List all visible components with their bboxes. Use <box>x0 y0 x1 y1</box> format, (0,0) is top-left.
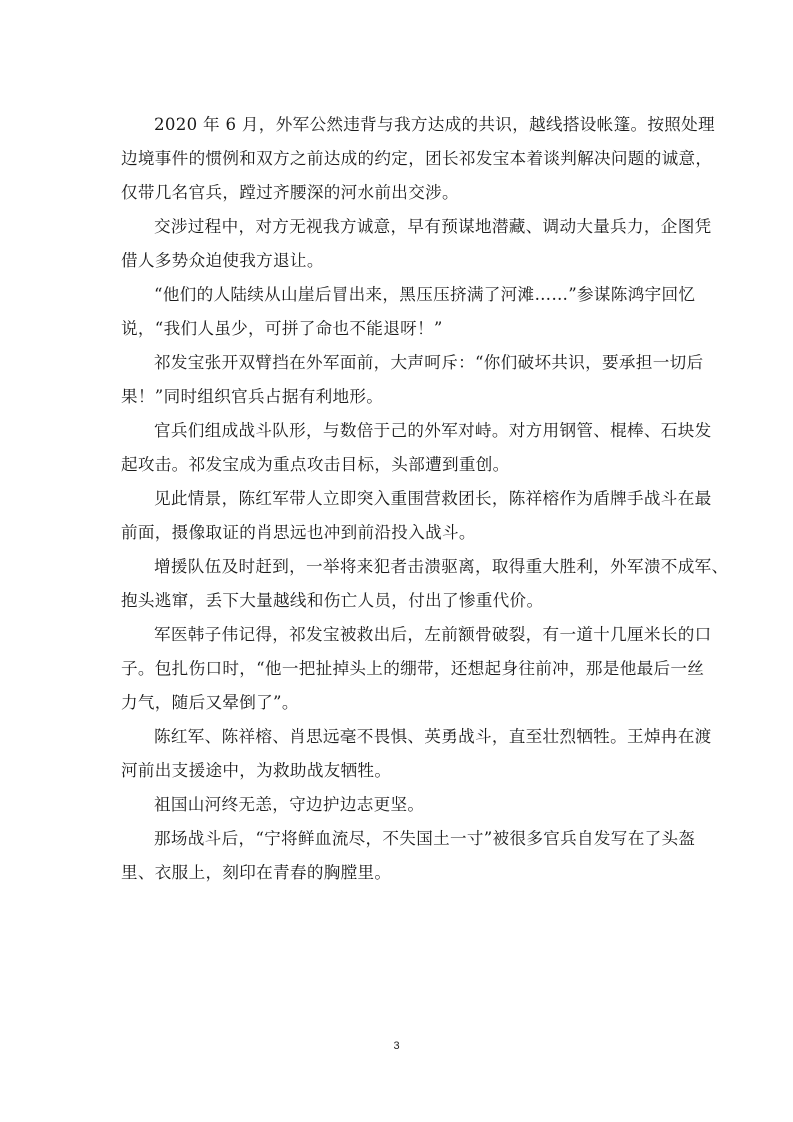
text-line: 增援队伍及时赶到，一举将来犯者击溃驱离，取得重大胜利，外军溃不成军、 <box>121 550 687 584</box>
paragraph-10: 祖国山河终无恙，守边护边志更坚。 <box>121 788 687 822</box>
text-line: 果！”同时组织官兵占据有利地形。 <box>121 380 687 414</box>
text-line: “他们的人陆续从山崖后冒出来，黑压压挤满了河滩……”参谋陈鸿宇回忆 <box>121 278 687 312</box>
text-line: 军医韩子伟记得，祁发宝被救出后，左前额骨破裂，有一道十几厘米长的口 <box>121 618 687 652</box>
text-line: 河前出支援途中，为救助战友牺牲。 <box>121 754 687 788</box>
text-line: 里、衣服上，刻印在青春的胸膛里。 <box>121 856 687 890</box>
document-page: 2020 年 6 月，外军公然违背与我方达成的共识，越线搭设帐篷。按照处理 边境… <box>0 0 793 1122</box>
text-line: 祁发宝张开双臂挡在外军面前，大声呵斥：“你们破坏共识，要承担一切后 <box>121 346 687 380</box>
paragraph-2: 交涉过程中，对方无视我方诚意，早有预谋地潜藏、调动大量兵力，企图凭 借人多势众迫… <box>121 210 687 278</box>
text-line: 子。包扎伤口时，“他一把扯掉头上的绷带，还想起身往前冲，那是他最后一丝 <box>121 652 687 686</box>
paragraph-5: 官兵们组成战斗队形，与数倍于己的外军对峙。对方用钢管、棍棒、石块发 起攻击。祁发… <box>121 414 687 482</box>
text-line: 官兵们组成战斗队形，与数倍于己的外军对峙。对方用钢管、棍棒、石块发 <box>121 414 687 448</box>
paragraph-6: 见此情景，陈红军带人立即突入重围营救团长，陈祥榕作为盾牌手战斗在最 前面，摄像取… <box>121 482 687 550</box>
text-line: 见此情景，陈红军带人立即突入重围营救团长，陈祥榕作为盾牌手战斗在最 <box>121 482 687 516</box>
text-line: 陈红军、陈祥榕、肖思远毫不畏惧、英勇战斗，直至壮烈牺牲。王焯冉在渡 <box>121 720 687 754</box>
text-line: 2020 年 6 月，外军公然违背与我方达成的共识，越线搭设帐篷。按照处理 <box>121 108 687 142</box>
paragraph-7: 增援队伍及时赶到，一举将来犯者击溃驱离，取得重大胜利，外军溃不成军、 抱头逃窜，… <box>121 550 687 618</box>
paragraph-8: 军医韩子伟记得，祁发宝被救出后，左前额骨破裂，有一道十几厘米长的口 子。包扎伤口… <box>121 618 687 720</box>
paragraph-4: 祁发宝张开双臂挡在外军面前，大声呵斥：“你们破坏共识，要承担一切后 果！”同时组… <box>121 346 687 414</box>
body-text: 2020 年 6 月，外军公然违背与我方达成的共识，越线搭设帐篷。按照处理 边境… <box>121 108 687 890</box>
page-number: 3 <box>0 1040 793 1052</box>
paragraph-11: 那场战斗后，“宁将鲜血流尽，不失国土一寸”被很多官兵自发写在了头盔 里、衣服上，… <box>121 822 687 890</box>
text-line: 说，“我们人虽少，可拼了命也不能退呀！” <box>121 312 687 346</box>
paragraph-9: 陈红军、陈祥榕、肖思远毫不畏惧、英勇战斗，直至壮烈牺牲。王焯冉在渡 河前出支援途… <box>121 720 687 788</box>
text-line: 边境事件的惯例和双方之前达成的约定，团长祁发宝本着谈判解决问题的诚意， <box>121 142 687 176</box>
text-line: 力气，随后又晕倒了”。 <box>121 686 687 720</box>
text-line: 那场战斗后，“宁将鲜血流尽，不失国土一寸”被很多官兵自发写在了头盔 <box>121 822 687 856</box>
text-line: 祖国山河终无恙，守边护边志更坚。 <box>121 788 687 822</box>
paragraph-3: “他们的人陆续从山崖后冒出来，黑压压挤满了河滩……”参谋陈鸿宇回忆 说，“我们人… <box>121 278 687 346</box>
text-line: 抱头逃窜，丢下大量越线和伤亡人员，付出了惨重代价。 <box>121 584 687 618</box>
text-line: 仅带几名官兵，蹚过齐腰深的河水前出交涉。 <box>121 176 687 210</box>
text-line: 起攻击。祁发宝成为重点攻击目标，头部遭到重创。 <box>121 448 687 482</box>
text-line: 前面，摄像取证的肖思远也冲到前沿投入战斗。 <box>121 516 687 550</box>
paragraph-1: 2020 年 6 月，外军公然违背与我方达成的共识，越线搭设帐篷。按照处理 边境… <box>121 108 687 210</box>
text-line: 借人多势众迫使我方退让。 <box>121 244 687 278</box>
text-line: 交涉过程中，对方无视我方诚意，早有预谋地潜藏、调动大量兵力，企图凭 <box>121 210 687 244</box>
